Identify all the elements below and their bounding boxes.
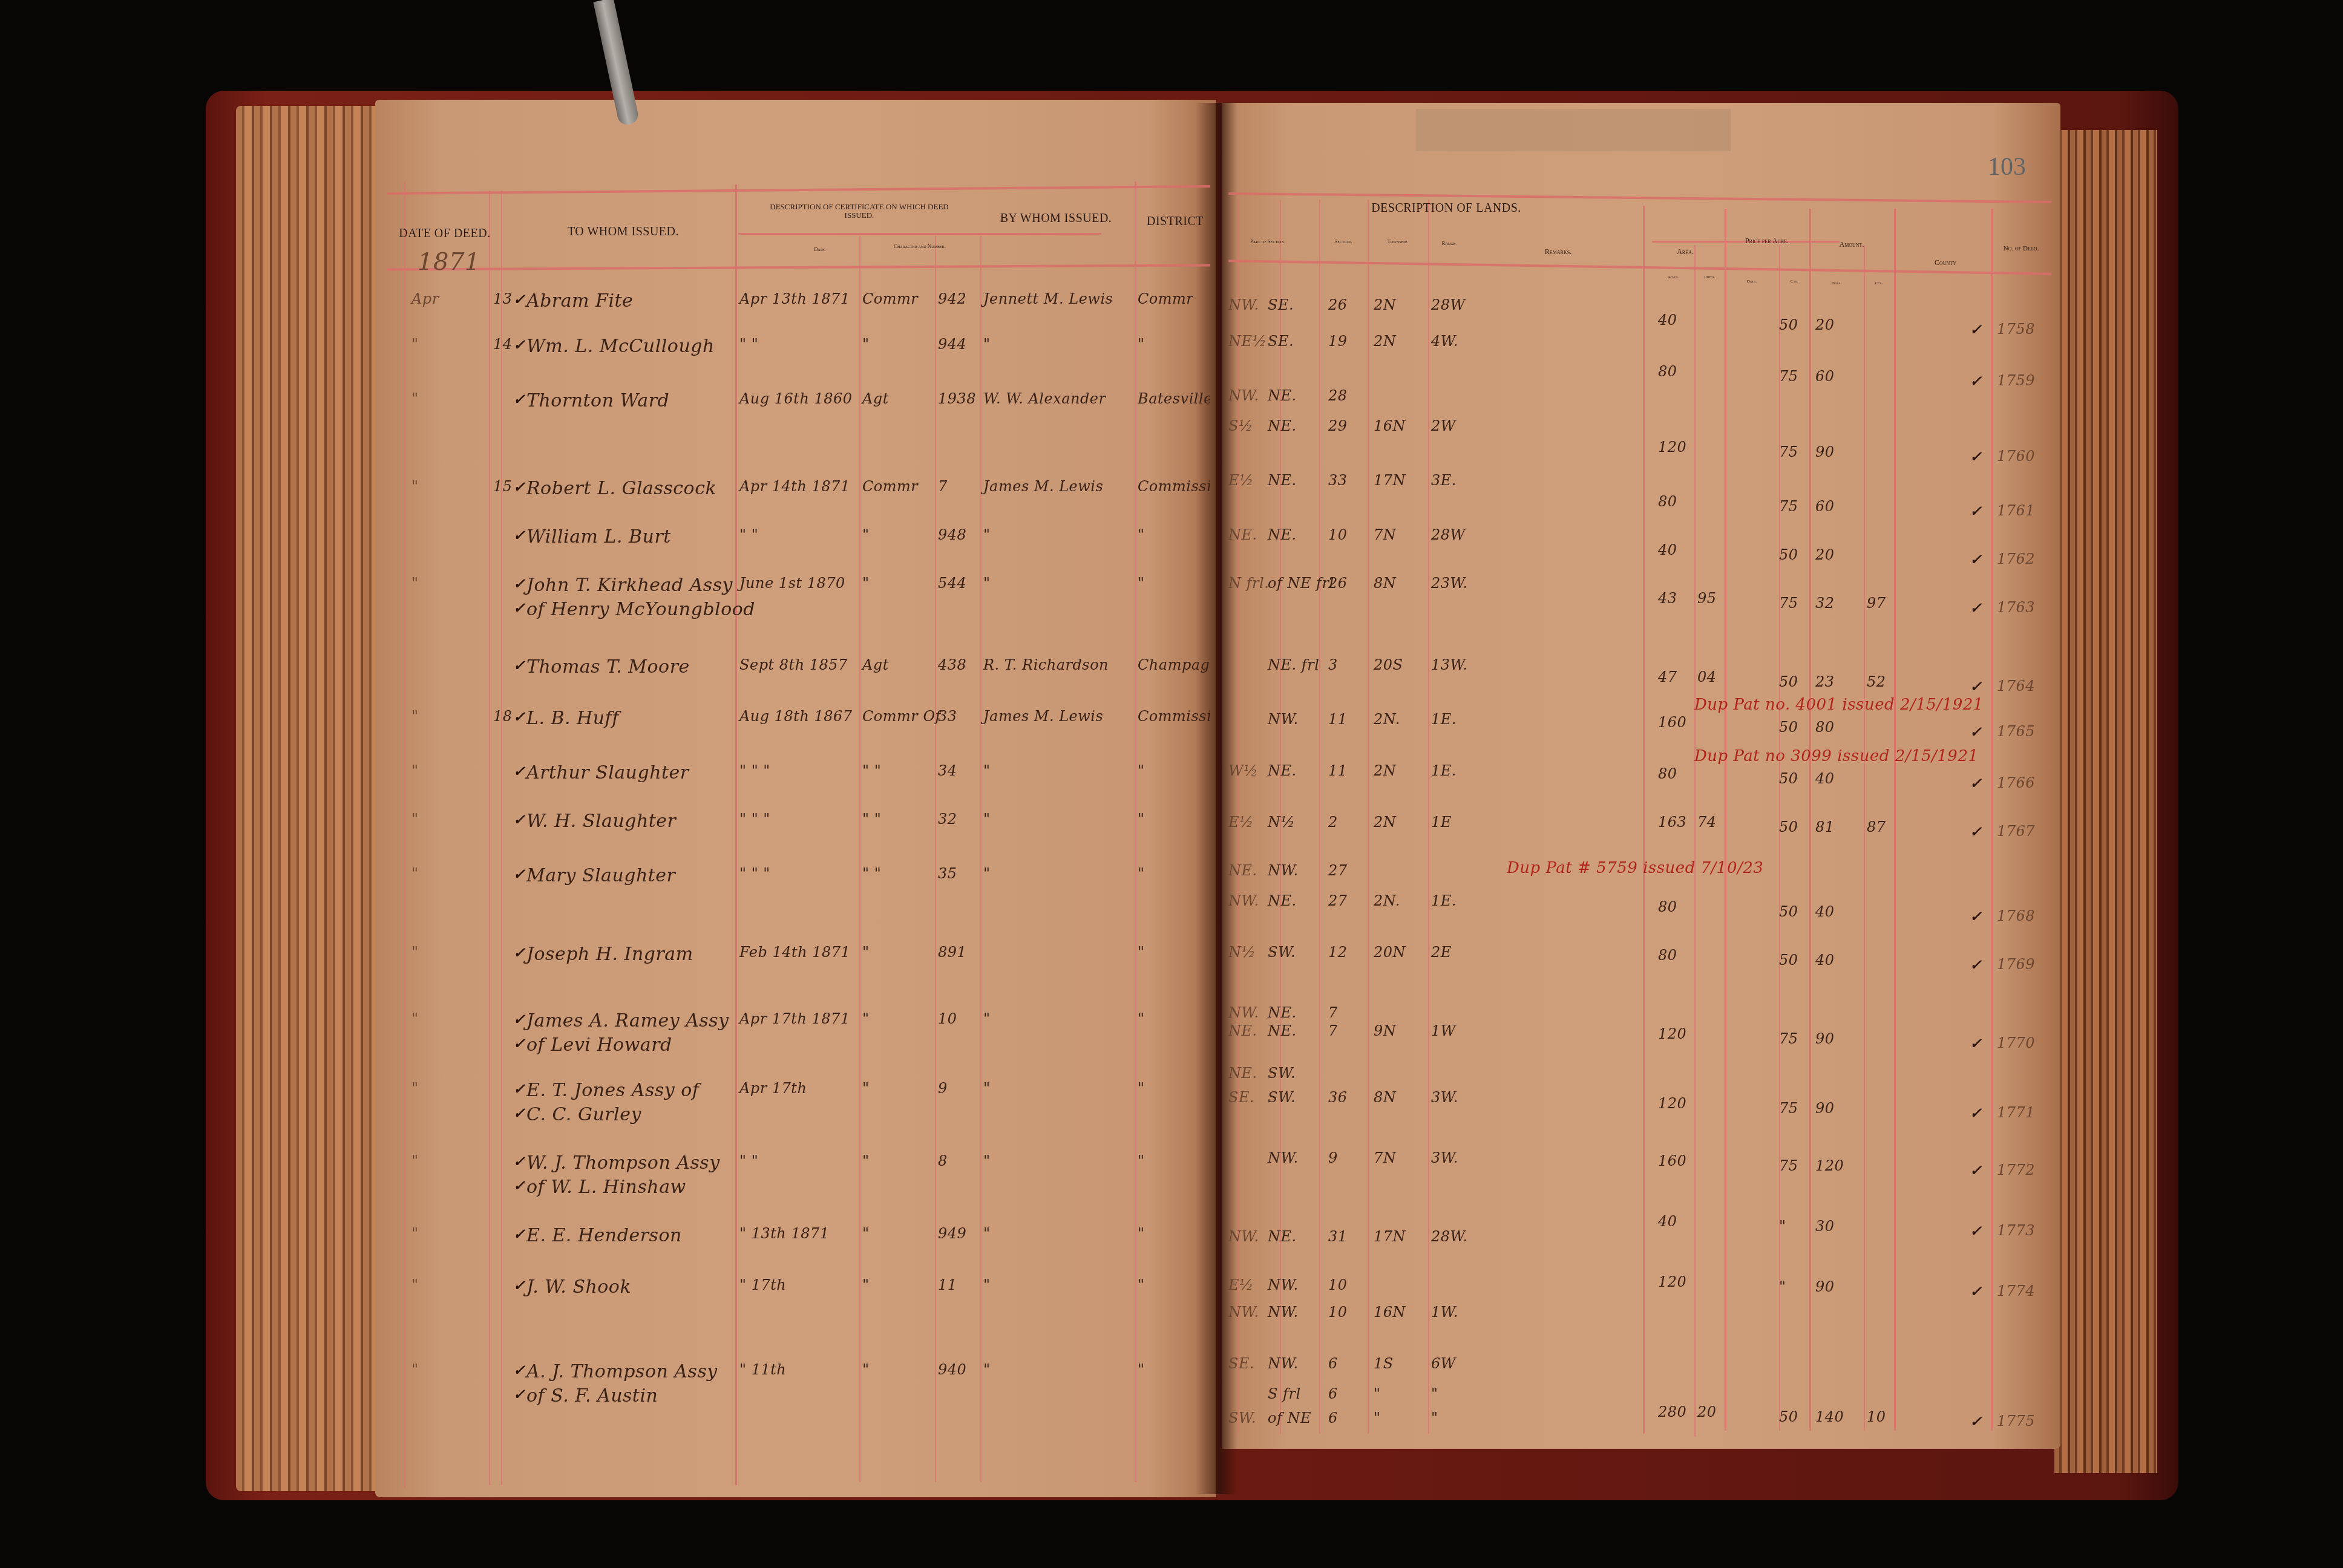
certificate-character: Agt (862, 656, 889, 673)
check-mark-icon: ✓ (513, 1034, 526, 1052)
township: " (1374, 1410, 1381, 1426)
header-part-of-section: Part of Section. (1231, 239, 1304, 245)
col-rule (980, 236, 981, 1482)
certificate-number: 544 (938, 575, 966, 592)
section: 6 (1328, 1355, 1338, 1372)
quarter: NE. frl (1268, 656, 1319, 673)
price-per-acre-cents: 75 (1779, 498, 1798, 515)
header-amount-dols: Dols. (1812, 281, 1861, 286)
price-per-acre-cents: 50 (1779, 719, 1798, 736)
col-rule (735, 185, 737, 1485)
quarter: NE. (1268, 762, 1297, 779)
grantee-name-continued: of Henry McYoungblood (526, 599, 755, 620)
right-page-stack (2054, 130, 2157, 1473)
certificate-number: 942 (938, 290, 966, 307)
issued-by: " (983, 336, 991, 353)
check-mark-icon: ✓ (1970, 774, 1982, 792)
quarter: SE. (1268, 333, 1294, 350)
check-mark-icon: ✓ (513, 478, 526, 495)
grantee-name-continued: of Levi Howard (526, 1034, 672, 1056)
area-acres: 160 (1658, 714, 1686, 731)
deed-number: 1767 (1997, 823, 2035, 840)
section: 29 (1328, 417, 1348, 434)
grantee-name: Thomas T. Moore (526, 656, 690, 678)
amount-dollars: 90 (1815, 1100, 1835, 1117)
certificate-character: " (862, 336, 870, 353)
header-price-per-acre: Price per Acre. (1728, 237, 1806, 245)
check-mark-icon: ✓ (513, 1010, 526, 1028)
certificate-date: " " (739, 336, 758, 353)
grantee-name: William L. Burt (526, 526, 671, 547)
certificate-character: " " (862, 762, 881, 779)
issued-by: R. T. Richardson (983, 656, 1109, 673)
area-acres: 120 (1658, 1025, 1686, 1042)
part-of-section: NW. (1228, 1304, 1259, 1321)
township: 1S (1374, 1355, 1394, 1372)
deed-month: " (411, 1010, 419, 1027)
range: 1E. (1431, 892, 1457, 909)
price-per-acre-cents: 75 (1779, 1100, 1798, 1117)
certificate-number: 944 (938, 336, 966, 353)
certificate-character: Commr Of (862, 708, 941, 725)
deed-day: 18 (493, 708, 513, 725)
header-certificate-group: Description of Certificate on which Deed… (762, 203, 956, 220)
deed-number: 1774 (1997, 1282, 2035, 1299)
district: " (1138, 1010, 1145, 1027)
check-mark-icon: ✓ (513, 944, 526, 961)
grantee-name: E. E. Henderson (526, 1225, 682, 1246)
certificate-number: 10 (938, 1010, 957, 1027)
certificate-date: Apr 17th (739, 1080, 807, 1097)
range: 3E. (1431, 472, 1457, 489)
range: 2E (1431, 944, 1452, 961)
range: 1W. (1431, 1304, 1458, 1321)
header-amount: Amount. (1812, 241, 1891, 249)
amount-dollars: 90 (1815, 1278, 1835, 1295)
grantee-name-continued: of S. F. Austin (526, 1385, 658, 1406)
township: 8N (1374, 1089, 1396, 1106)
section: 36 (1328, 1089, 1348, 1106)
check-mark-icon: ✓ (513, 1177, 526, 1194)
section: 9 (1328, 1149, 1338, 1166)
price-per-acre-cents: 50 (1779, 316, 1798, 333)
area-acres: 120 (1658, 1273, 1686, 1290)
deed-month: " (411, 336, 419, 353)
certificate-character: Agt (862, 390, 889, 407)
township: 16N (1374, 1304, 1406, 1321)
header-date-of-deed: Date of Deed. (396, 227, 493, 240)
section: 7 (1328, 1004, 1338, 1021)
header-township: Township. (1368, 239, 1428, 245)
grantee-name: Thornton Ward (526, 390, 669, 411)
range: 2W (1431, 417, 1456, 434)
area-acres: 120 (1658, 1095, 1686, 1112)
township: 16N (1374, 417, 1406, 434)
quarter: of NE (1268, 1410, 1311, 1426)
issued-by: " (983, 1361, 991, 1378)
price-per-acre-cents: 75 (1779, 1157, 1798, 1174)
district: " (1138, 336, 1145, 353)
price-per-acre-cents: " (1779, 1278, 1786, 1295)
area-acres: 280 (1658, 1403, 1686, 1420)
quarter: N½ (1268, 814, 1295, 831)
check-mark-icon: ✓ (1970, 502, 1982, 520)
deed-number: 1761 (1997, 502, 2035, 519)
issued-by: James M. Lewis (983, 708, 1103, 725)
amount-dollars: 20 (1815, 316, 1835, 333)
col-rule (1809, 209, 1811, 1431)
certificate-number: 940 (938, 1361, 966, 1378)
grantee-name: J. W. Shook (526, 1276, 631, 1298)
issued-by: " (983, 1225, 991, 1242)
part-of-section: E½ (1228, 1276, 1254, 1293)
area-acres: 80 (1658, 898, 1677, 915)
check-mark-icon: ✓ (513, 1080, 526, 1097)
part-of-section: NW. (1228, 892, 1259, 909)
part-of-section: NE. (1228, 526, 1257, 543)
township: 2N. (1374, 711, 1400, 728)
amount-dollars: 120 (1815, 1157, 1844, 1174)
part-of-section: SE. (1228, 1355, 1254, 1372)
right-page (1222, 103, 2060, 1449)
price-per-acre-cents: 50 (1779, 673, 1798, 690)
township: 2N (1374, 296, 1396, 313)
range: 23W. (1431, 575, 1468, 592)
section: 10 (1328, 1304, 1348, 1321)
district: " (1138, 1152, 1145, 1169)
certificate-date: " " " (739, 865, 770, 882)
township: 2N (1374, 762, 1396, 779)
district: Commissioner (1138, 478, 1210, 495)
header-acres: Acres. (1652, 275, 1694, 280)
area-hundredths: 95 (1697, 590, 1717, 607)
quarter: NE. (1268, 1228, 1297, 1245)
certificate-date: Apr 13th 1871 (739, 290, 850, 307)
grantee-name: E. T. Jones Assy of (526, 1080, 699, 1101)
amount-dollars: 90 (1815, 443, 1835, 460)
district: " (1138, 575, 1145, 592)
township: 17N (1374, 1228, 1406, 1245)
issued-by: " (983, 526, 991, 543)
amount-dollars: 40 (1815, 770, 1835, 787)
amount-dollars: 81 (1815, 818, 1835, 835)
district: " (1138, 526, 1145, 543)
deed-number: 1770 (1997, 1034, 2035, 1051)
col-rule (1894, 209, 1896, 1431)
grantee-name: A. J. Thompson Assy (526, 1361, 718, 1382)
range: 28W. (1431, 1228, 1468, 1245)
township: 20N (1374, 944, 1406, 961)
header-price-cts: Cts. (1779, 279, 1809, 284)
header-cert-date: Date. (802, 247, 838, 253)
district: Commr (1138, 290, 1193, 307)
check-mark-icon: ✓ (1970, 1034, 1982, 1052)
issued-by: Jennett M. Lewis (983, 290, 1113, 307)
deed-month: " (411, 1152, 419, 1169)
section: 12 (1328, 944, 1348, 961)
quarter: NW. (1268, 1149, 1299, 1166)
deed-number: 1760 (1997, 448, 2035, 465)
deed-number: 1772 (1997, 1161, 2035, 1178)
range: " (1431, 1410, 1438, 1426)
part-of-section: N frl. (1228, 575, 1269, 592)
deed-month: " (411, 575, 419, 592)
area-acres: 47 (1658, 668, 1677, 685)
district: " (1138, 1276, 1145, 1293)
price-per-acre-cents: 50 (1779, 903, 1798, 920)
amount-dollars: 23 (1815, 673, 1835, 690)
district: Champagnolle (1138, 656, 1210, 673)
area-acres: 40 (1658, 541, 1677, 558)
remarks-red-ink: Dup Pat # 5759 issued 7/10/23 (1507, 859, 1763, 877)
check-mark-icon: ✓ (1970, 723, 1982, 740)
quarter: S frl (1268, 1385, 1301, 1402)
col-rule (1864, 245, 1865, 1431)
certificate-number: 891 (938, 944, 966, 961)
part-of-section: NE. (1228, 1065, 1257, 1082)
issued-by: " (983, 811, 991, 828)
col-rule (489, 191, 490, 1485)
section: 27 (1328, 862, 1348, 879)
certificate-number: 34 (938, 762, 957, 779)
check-mark-icon: ✓ (513, 811, 526, 828)
deed-day: 14 (493, 336, 513, 353)
check-mark-icon: ✓ (513, 1385, 526, 1403)
certificate-number: 7 (938, 478, 948, 495)
header-no-of-deed: No. of Deed. (1997, 245, 2045, 252)
check-mark-icon: ✓ (1970, 1161, 1982, 1179)
amount-dollars: 140 (1815, 1408, 1844, 1425)
deed-day: 15 (493, 478, 513, 495)
certificate-number: 35 (938, 865, 957, 882)
certificate-number: 948 (938, 526, 966, 543)
section: 2 (1328, 814, 1338, 831)
district: " (1138, 811, 1145, 828)
deed-month: " (411, 865, 419, 882)
issued-by: " (983, 762, 991, 779)
district: " (1138, 1080, 1145, 1097)
certificate-number: 9 (938, 1080, 948, 1097)
section: 11 (1328, 762, 1348, 779)
certificate-date: June 1st 1870 (739, 575, 845, 592)
area-acres: 40 (1658, 312, 1677, 328)
part-of-section: NW. (1228, 1228, 1259, 1245)
range: 1E. (1431, 711, 1457, 728)
quarter: NE. (1268, 1022, 1297, 1039)
check-mark-icon: ✓ (513, 290, 526, 308)
header-district: District (1147, 215, 1213, 228)
col-rule (1428, 200, 1429, 1434)
header-remarks: Remarks. (1513, 248, 1604, 256)
area-acres: 163 (1658, 814, 1686, 831)
part-of-section: NW. (1228, 296, 1259, 313)
margin-line (404, 181, 405, 1488)
deed-month: " (411, 1080, 419, 1097)
pasted-paper-strip (1416, 109, 1731, 151)
certificate-character: " (862, 1152, 870, 1169)
range: " (1431, 1385, 1438, 1402)
check-mark-icon: ✓ (513, 575, 526, 592)
grantee-name-continued: C. C. Gurley (526, 1104, 641, 1125)
part-of-section: NW. (1228, 387, 1259, 404)
deed-number: 1758 (1997, 321, 2035, 338)
quarter: NW. (1268, 1304, 1299, 1321)
amount-dollars: 30 (1815, 1218, 1835, 1235)
quarter: NE. (1268, 526, 1297, 543)
quarter: SW. (1268, 1089, 1296, 1106)
section: 10 (1328, 526, 1348, 543)
certificate-date: " " " (739, 811, 770, 828)
range: 6W (1431, 1355, 1456, 1372)
area-acres: 40 (1658, 1213, 1677, 1230)
grantee-name: Robert L. Glasscock (526, 478, 716, 499)
certificate-character: " (862, 944, 870, 961)
header-price-dols: Dols. (1728, 279, 1776, 284)
col-rule (859, 236, 860, 1482)
amount-cents: 10 (1867, 1408, 1886, 1425)
certificate-character: " (862, 575, 870, 592)
check-mark-icon: ✓ (1970, 1413, 1982, 1430)
amount-dollars: 60 (1815, 368, 1835, 385)
year-heading: 1871 (418, 248, 480, 276)
range: 28W (1431, 296, 1466, 313)
price-per-acre-cents: 75 (1779, 1030, 1798, 1047)
price-per-acre-cents: 50 (1779, 818, 1798, 835)
township: 9N (1374, 1022, 1396, 1039)
certificate-number: 438 (938, 656, 966, 673)
district: " (1138, 762, 1145, 779)
issued-by: " (983, 575, 991, 592)
amount-dollars: 20 (1815, 546, 1835, 563)
check-mark-icon: ✓ (1970, 956, 1982, 973)
price-per-acre-cents: " (1779, 1218, 1786, 1235)
part-of-section: S½ (1228, 417, 1253, 434)
district: " (1138, 1361, 1145, 1378)
area-hundredths: 74 (1697, 814, 1717, 831)
district: " (1138, 944, 1145, 961)
township: 17N (1374, 472, 1406, 489)
deed-month: " (411, 1225, 419, 1242)
header-area: Area. (1649, 248, 1722, 256)
part-of-section: NE. (1228, 1022, 1257, 1039)
deed-number: 1769 (1997, 956, 2035, 973)
certificate-character: " (862, 1225, 870, 1242)
certificate-date: " " " (739, 762, 770, 779)
range: 1W (1431, 1022, 1456, 1039)
part-of-section: NW. (1228, 1004, 1259, 1021)
deed-number: 1775 (1997, 1413, 2035, 1429)
header-description-of-lands: Description of Lands. (1355, 201, 1537, 215)
certificate-number: 33 (938, 708, 957, 725)
certificate-date: Apr 17th 1871 (739, 1010, 850, 1027)
deed-number: 1764 (1997, 678, 2035, 694)
certificate-character: " (862, 1010, 870, 1027)
check-mark-icon: ✓ (513, 1225, 526, 1243)
check-mark-icon: ✓ (513, 390, 526, 408)
amount-cents: 87 (1867, 818, 1886, 835)
issued-by: W. W. Alexander (983, 390, 1106, 407)
certificate-character: " " (862, 811, 881, 828)
col-rule (935, 236, 936, 1482)
quarter: SE. (1268, 296, 1294, 313)
check-mark-icon: ✓ (513, 526, 526, 544)
grantee-name: Arthur Slaughter (526, 762, 689, 783)
quarter: SW. (1268, 1065, 1296, 1082)
range: 4W. (1431, 333, 1458, 350)
price-per-acre-cents: 75 (1779, 595, 1798, 612)
issued-by: " (983, 1010, 991, 1027)
part-of-section: NE½ (1228, 333, 1267, 350)
deed-number: 1768 (1997, 907, 2035, 924)
certificate-character: " (862, 526, 870, 543)
left-page-stack (236, 106, 387, 1491)
section: 33 (1328, 472, 1348, 489)
certificate-character: Commr (862, 290, 918, 307)
township: 8N (1374, 575, 1396, 592)
header-section: Section. (1319, 239, 1368, 245)
amount-cents: 97 (1867, 595, 1886, 612)
certificate-character: Commr (862, 478, 918, 495)
check-mark-icon: ✓ (513, 708, 526, 725)
check-mark-icon: ✓ (1970, 550, 1982, 568)
certificate-date: " " (739, 526, 758, 543)
issued-by: " (983, 1152, 991, 1169)
section: 11 (1328, 711, 1348, 728)
page-number: 103 (1988, 152, 2026, 181)
area-acres: 43 (1658, 590, 1677, 607)
check-mark-icon: ✓ (513, 1361, 526, 1379)
amount-cents: 52 (1867, 673, 1886, 690)
deed-number: 1766 (1997, 774, 2035, 791)
certificate-date: " 13th 1871 (739, 1225, 830, 1242)
part-of-section: E½ (1228, 814, 1254, 831)
certificate-number: 8 (938, 1152, 948, 1169)
certificate-number: 11 (938, 1276, 957, 1293)
township: 2N (1374, 814, 1396, 831)
deed-number: 1771 (1997, 1104, 2035, 1121)
amount-dollars: 90 (1815, 1030, 1835, 1047)
check-mark-icon: ✓ (1970, 1222, 1982, 1240)
col-rule (1991, 209, 1993, 1431)
quarter: NW. (1268, 711, 1299, 728)
deed-month: " (411, 944, 419, 961)
quarter: NW. (1268, 1355, 1299, 1372)
price-per-acre-cents: 50 (1779, 1408, 1798, 1425)
certificate-character: " (862, 1361, 870, 1378)
amount-dollars: 60 (1815, 498, 1835, 515)
grantee-name: L. B. Huff (526, 708, 619, 729)
price-per-acre-cents: 50 (1779, 546, 1798, 563)
area-acres: 80 (1658, 765, 1677, 782)
part-of-section: SW. (1228, 1410, 1256, 1426)
area-acres: 80 (1658, 493, 1677, 510)
price-per-acre-cents: 50 (1779, 770, 1798, 787)
check-mark-icon: ✓ (1970, 907, 1982, 925)
deed-month: Apr (411, 290, 439, 307)
section: 3 (1328, 656, 1338, 673)
grantee-name: W. J. Thompson Assy (526, 1152, 720, 1174)
col-rule (1135, 181, 1136, 1482)
deed-number: 1773 (1997, 1222, 2035, 1239)
remarks-red-ink: Dup Pat no 3099 issued 2/15/1921 (1694, 747, 1979, 765)
check-mark-icon: ✓ (1970, 448, 1982, 465)
range: 1E. (1431, 762, 1457, 779)
township: 2N (1374, 333, 1396, 350)
certificate-character: " (862, 1080, 870, 1097)
district: " (1138, 1225, 1145, 1242)
check-mark-icon: ✓ (1970, 321, 1982, 338)
certificate-date: Apr 14th 1871 (739, 478, 850, 495)
